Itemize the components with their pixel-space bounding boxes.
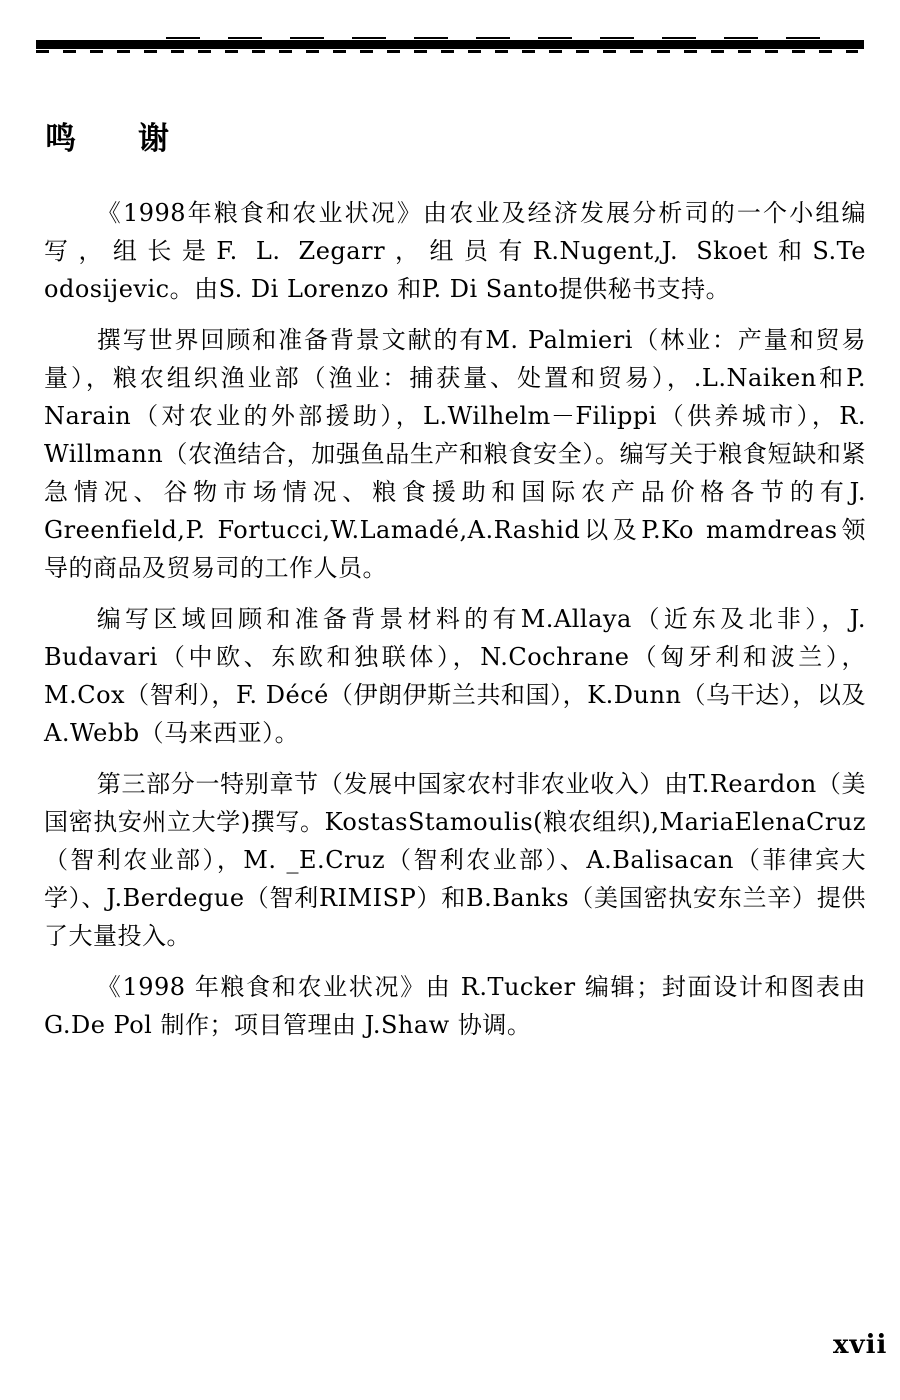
top-divider-rule [36, 40, 864, 49]
page-number: xvii [833, 1330, 887, 1360]
body-text: 《1998年粮食和农业状况》由农业及经济发展分析司的一个小组编写，组长是F. L… [44, 194, 866, 1057]
body-paragraph-2: 撰写世界回顾和准备背景文献的有M. Palmieri（林业：产量和贸易量），粮农… [44, 321, 866, 587]
body-paragraph-5: 《1998 年粮食和农业状况》由 R.Tucker 编辑；封面设计和图表由G.D… [44, 968, 866, 1044]
scanned-document-page: 鸣 谢 《1998年粮食和农业状况》由农业及经济发展分析司的一个小组编写，组长是… [0, 0, 900, 1400]
body-paragraph-1: 《1998年粮食和农业状况》由农业及经济发展分析司的一个小组编写，组长是F. L… [44, 194, 866, 308]
body-paragraph-3: 编写区域回顾和准备背景材料的有M.Allaya（近东及北非），J. Budava… [44, 600, 866, 752]
page-title: 鸣 谢 [45, 124, 169, 155]
body-paragraph-4: 第三部分一特别章节（发展中国家农村非农业收入）由T.Reardon（美国密执安州… [44, 765, 866, 955]
